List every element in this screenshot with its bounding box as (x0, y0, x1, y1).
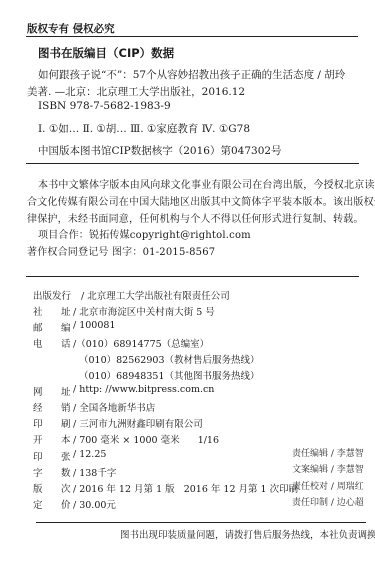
cip-isbn: ISBN 978-7-5682-1983-9 (38, 100, 171, 112)
license-line-1: 本书中文繁体字版本由风向球文化事业有限公司在台湾出版，今授权北京读品联 (38, 176, 375, 191)
license-line-3: 律保护，未经书面同意，任何机构与个人不得以任何形式进行复制、转载。 (27, 210, 364, 225)
cip-author-publisher: 美著. —北京：北京理工大学出版社，2016.12 (27, 84, 245, 99)
cip-number: 中国版本图书馆CIP数据核字（2016）第047302号 (38, 143, 282, 158)
divider-top (26, 36, 358, 37)
project-cooperation: 项目合作：锐拓传媒copyright@rightol.com (38, 226, 251, 241)
divider-cip (26, 163, 359, 164)
credit-editor: 责任编辑 / 李慧智 (292, 446, 364, 459)
divider-pub (26, 276, 359, 277)
credit-copy-editor: 文案编辑 / 李慧智 (292, 462, 364, 475)
copyright-registration: 著作权合同登记号 图字：01-2015-8567 (27, 243, 215, 258)
copyright-page: 版权专有 侵权必究 图书在版编目（CIP）数据 如何跟孩子说“不”：57个从容妙… (0, 0, 375, 576)
quality-notice: 图书出现印装质量问题，请拨打售后服务热线，本社负责调换 (120, 527, 375, 541)
copyright-notice: 版权专有 侵权必究 (27, 21, 115, 36)
credit-proofreader: 责任校对 / 周瑞红 (292, 479, 364, 492)
divider-bottom (36, 522, 366, 523)
cip-book-title: 如何跟孩子说“不”：57个从容妙招教出孩子正确的生活态度 / 胡玲 (38, 67, 345, 82)
credit-print-supervisor: 责任印制 / 边心超 (292, 495, 364, 508)
license-line-2: 合文化传媒有限公司在中国大陆地区出版其中文简体字平装本版本。该出版权受法 (27, 193, 375, 208)
cip-classification: Ⅰ. ①如… Ⅱ. ①胡… Ⅲ. ①家庭教育 Ⅳ. ①G78 (38, 121, 250, 136)
cip-title: 图书在版编目（CIP）数据 (38, 45, 174, 61)
